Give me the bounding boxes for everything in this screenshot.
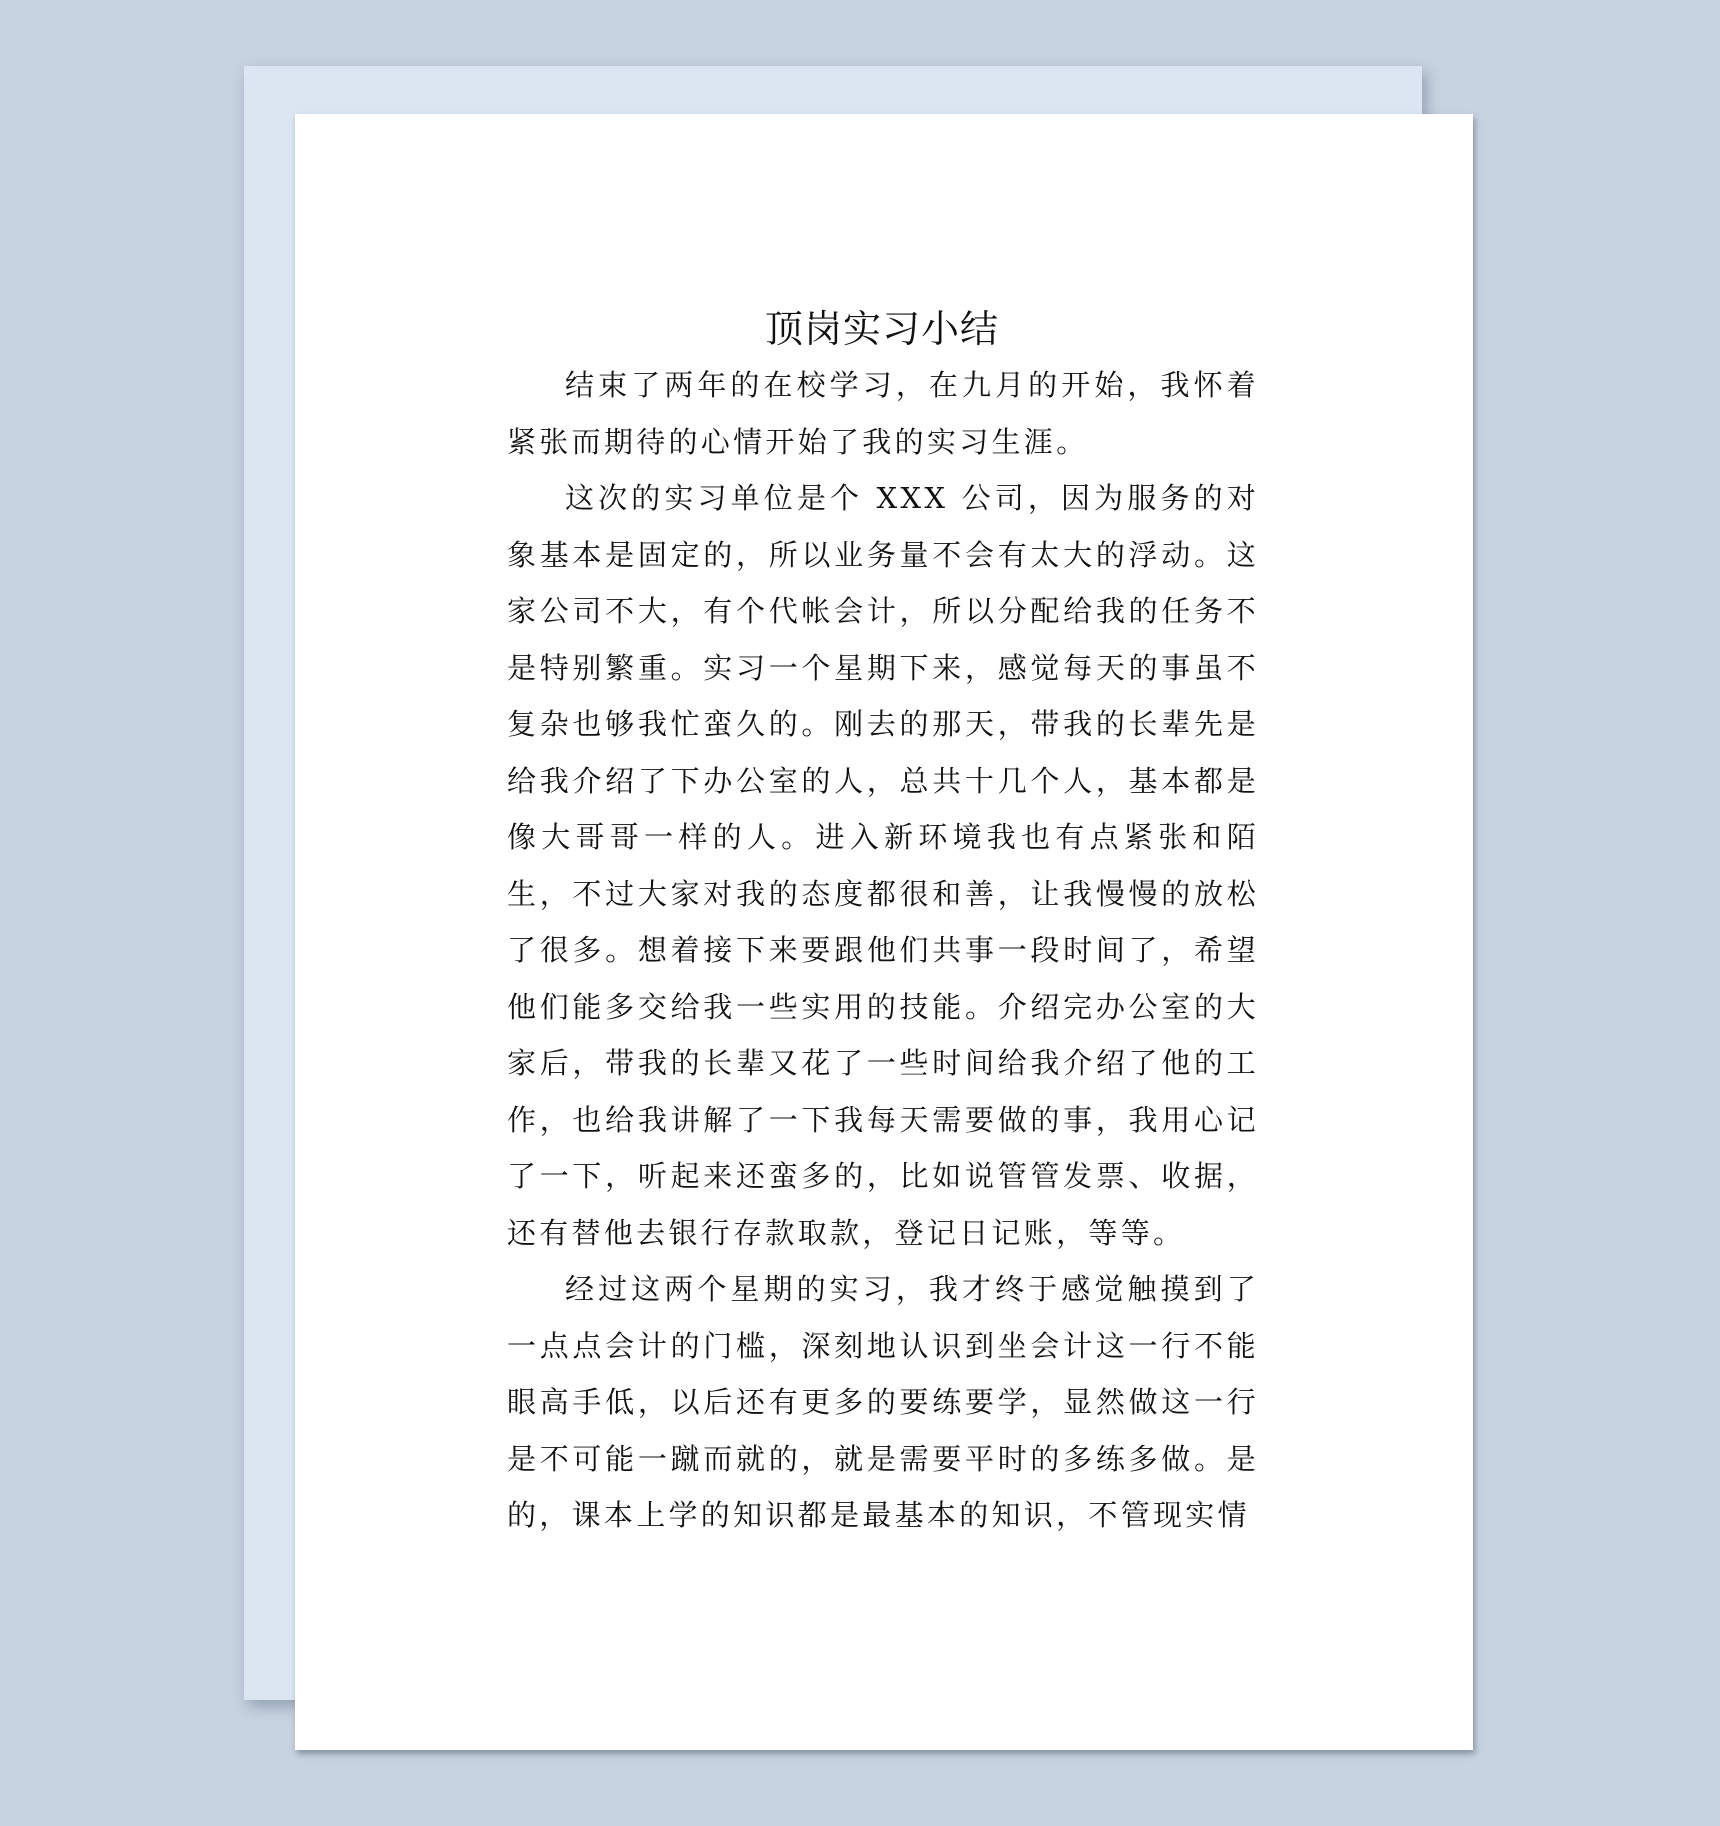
paragraph-3: 经过这两个星期的实习，我才终于感觉触摸到了一点点会计的门槛，深刻地认识到坐会计这…	[507, 1261, 1259, 1544]
document-title: 顶岗实习小结	[507, 306, 1257, 352]
paragraph-2: 这次的实习单位是个 XXX 公司，因为服务的对象基本是固定的，所以业务量不会有太…	[507, 470, 1259, 1261]
document-body: 结束了两年的在校学习，在九月的开始，我怀着紧张而期待的心情开始了我的实习生涯。 …	[507, 357, 1259, 1544]
paragraph-1: 结束了两年的在校学习，在九月的开始，我怀着紧张而期待的心情开始了我的实习生涯。	[507, 357, 1259, 470]
